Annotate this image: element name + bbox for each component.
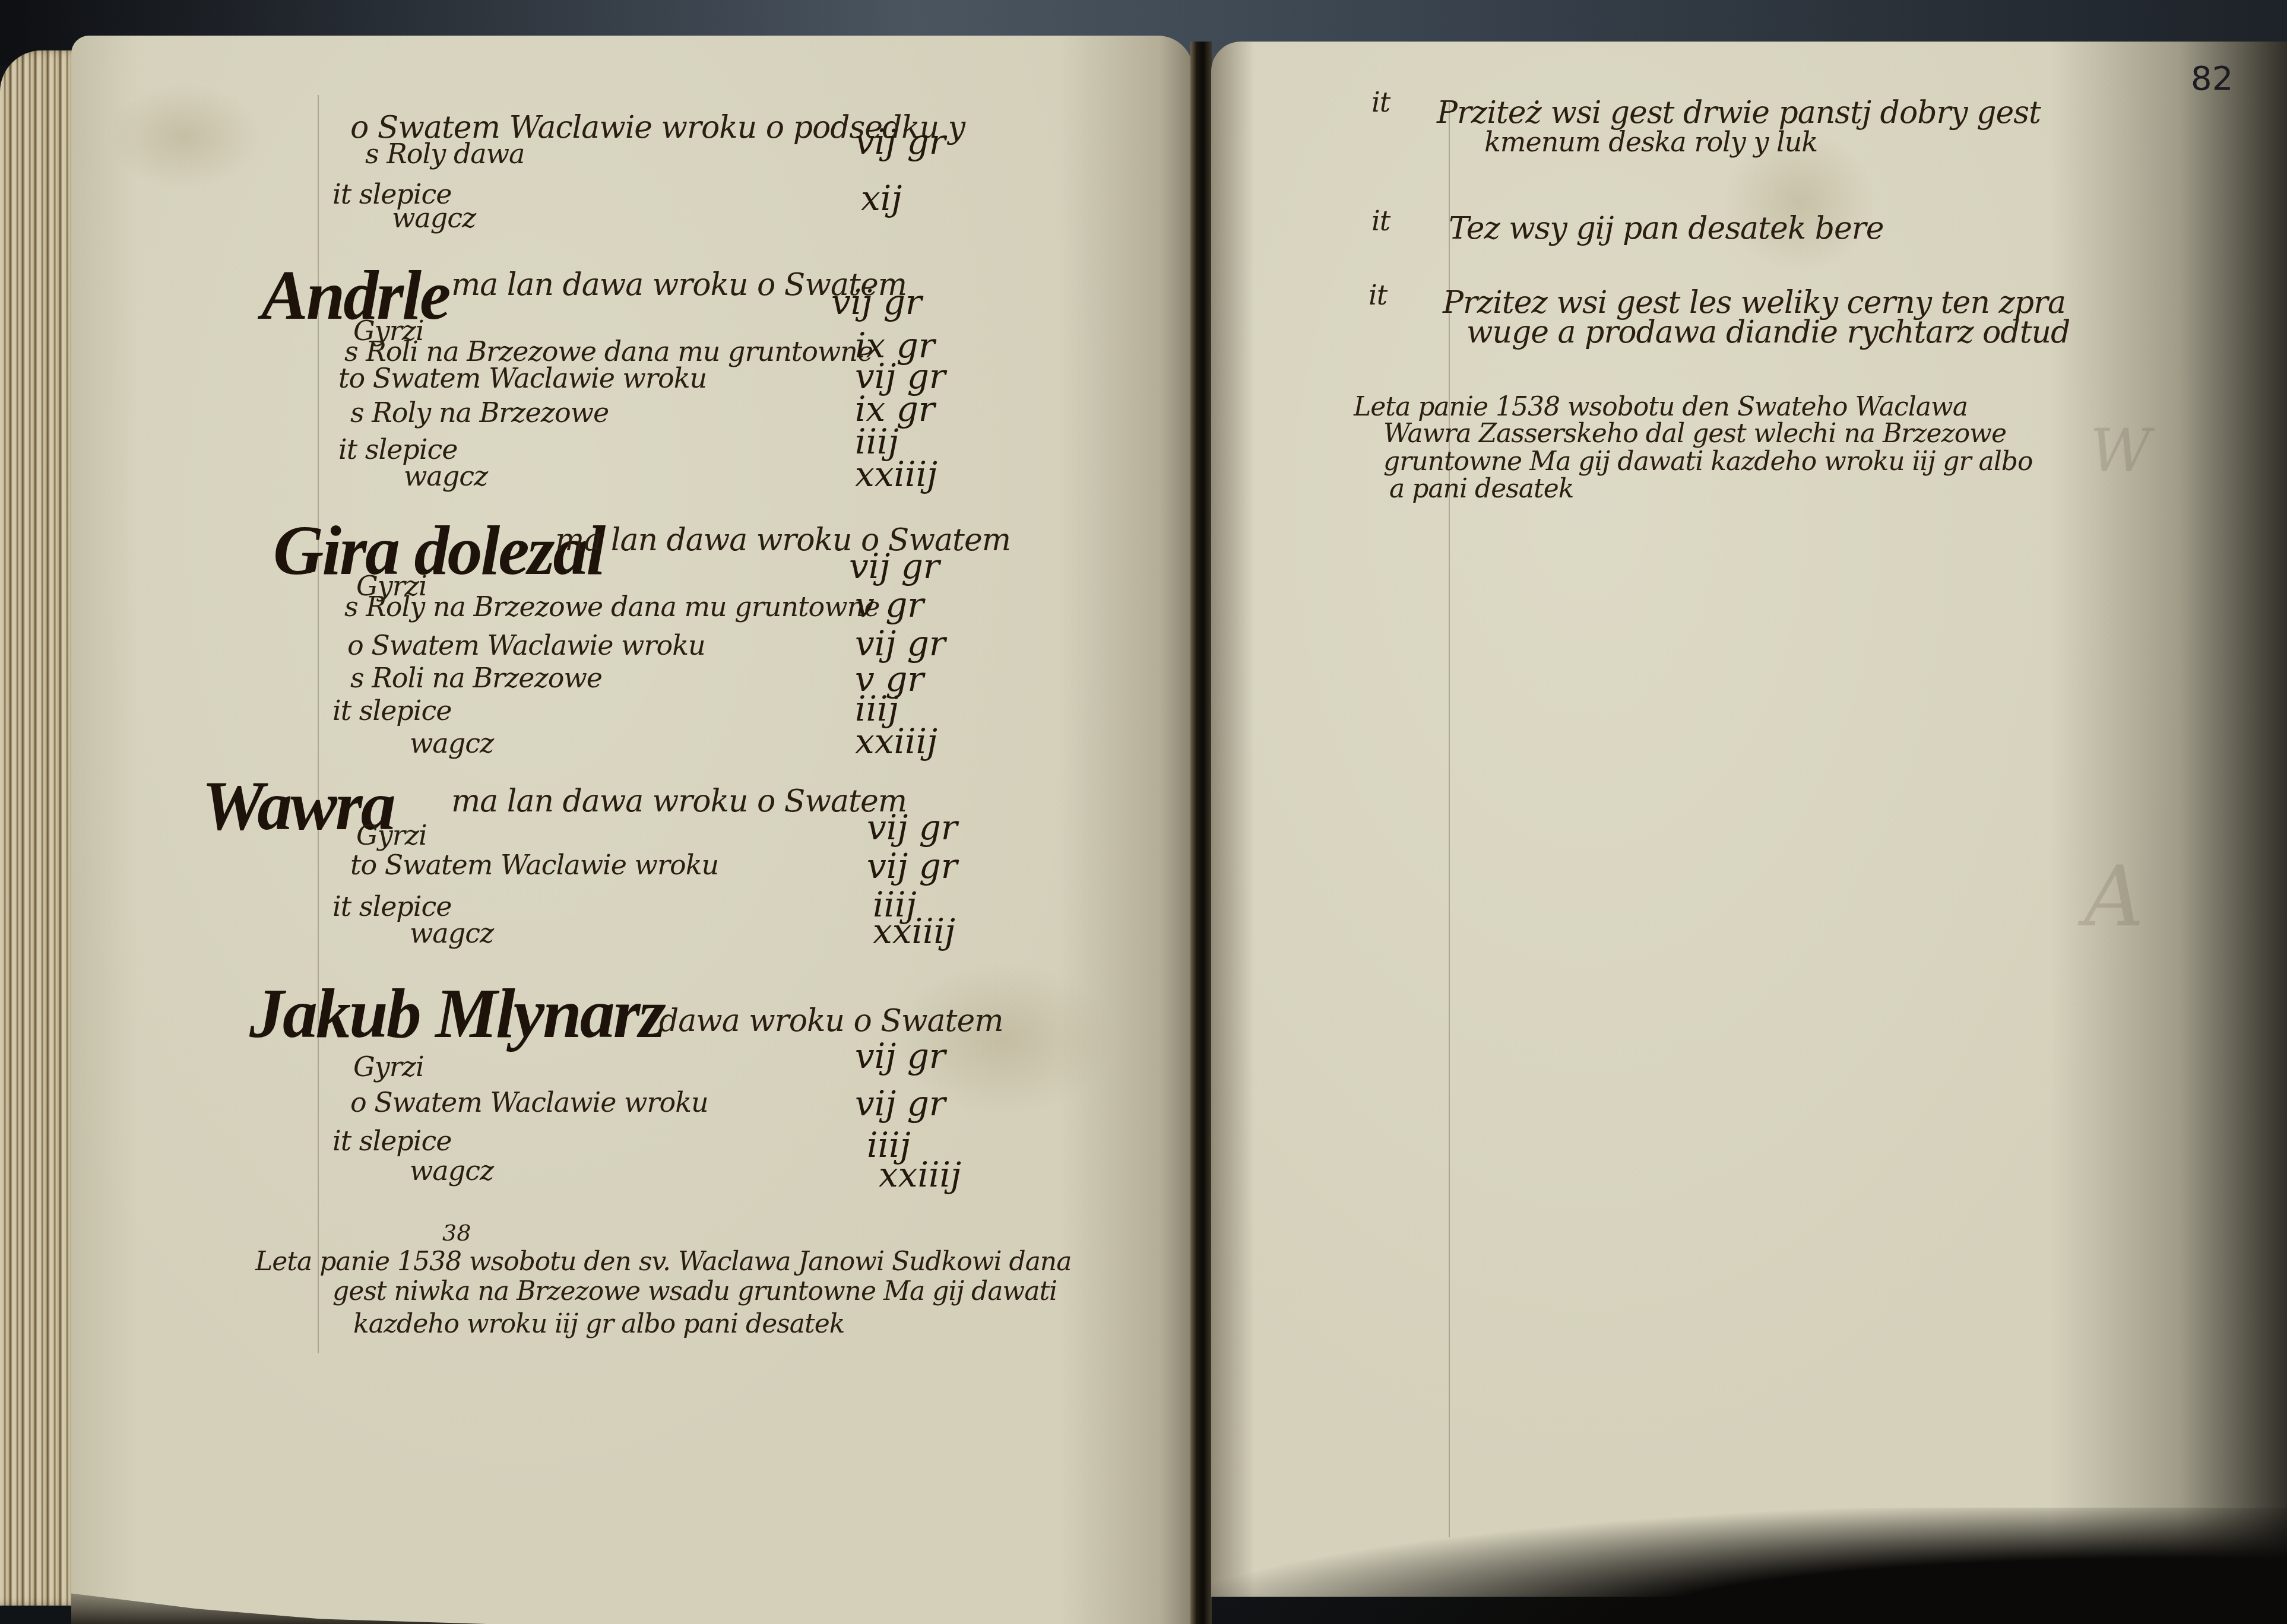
entry-heading-text: ma lan dawa wroku o Swatem [555,522,1011,558]
opening-amount-2: xij [861,178,902,218]
folio-number: 82 [2191,59,2233,98]
entry-item-label: wagcz [410,917,493,949]
entry-item-amount: v gr [855,585,924,625]
entry-item-label: to Swatem Waclawie wroku [338,362,707,394]
right-entry-1-line-1: Prziteż wsi gest drwie panstj dobry gest [1437,95,2041,131]
entry-heading-text: ma lan dawa wroku o Swatem [451,784,907,819]
entry-item-label: Gyrzi [353,1051,424,1083]
right-page [1211,42,2287,1597]
book-gutter [1190,42,1212,1624]
right-closing-line-4: a pani desatek [1389,474,1573,504]
entry-heading-amount: vij gr [867,807,958,848]
entry-item-amount: vij gr [867,846,958,886]
closing-note-line-1: Leta panie 1538 wsobotu den sv. Waclawa … [255,1246,1071,1277]
water-stain [107,83,261,190]
entry-item-amount: xxiiij [855,454,937,494]
entry-item-label: s Roly na Brzezowe [350,397,609,429]
entry-item-label: Gyrzi [356,819,427,851]
right-entry-1-line-2: kmenum deska roly y luk [1484,126,1817,158]
opening-line-2: s Roly dawa [365,138,525,170]
entry-marker: it [1371,205,1390,237]
open-book: o Swatem Waclawie wroku o podsedku y s R… [0,0,2287,1624]
entry-item-label: wagcz [410,1154,493,1187]
entry-item-amount: vij gr [855,1083,946,1124]
entry-name-jakub-mlynarz: Jakub Mlynarz [249,973,664,1054]
entry-item-amount: vij gr [855,623,946,664]
entry-marker: it [1369,279,1387,311]
right-closing-line-2: Wawra Zasserskeho dal gest wlechi na Brz… [1383,418,2006,449]
page-stack-fore-edge [0,50,83,1606]
entry-name-gira-dolezal: Gira dolezal [273,510,604,591]
opening-amount-1: vij gr [855,122,946,162]
entry-item-amount: xxiiij [879,1154,961,1195]
right-closing-line-3: gruntowne Ma gij dawati kazdeho wroku ii… [1383,446,2032,477]
closing-note-line-2: gest niwka na Brzezowe wsadu gruntowne M… [332,1276,1057,1306]
right-entry-3-line-2: wuge a prodawa diandie rychtarz odtud [1466,315,2070,350]
closing-note-line-3: kazdeho wroku iij gr albo pani desatek [353,1309,844,1339]
entry-item-label: wagcz [410,727,493,759]
entry-heading-text: dawa wroku o Swatem [659,1003,1003,1039]
entry-heading-amount: vij gr [855,1036,946,1076]
entry-item-label: o Swatem Waclawie wroku [347,629,705,661]
opening-line-4: wagcz [392,202,476,234]
entry-marker: it [1371,86,1390,118]
entry-item-amount: xxiiij [873,911,955,951]
show-through-ink: W [2090,415,2151,485]
entry-heading-amount: vij gr [831,282,922,322]
entry-item-label: wagcz [404,460,487,492]
entry-item-label: s Roli na Brzezowe [350,662,602,694]
entry-item-label: s Roly na Brzezowe dana mu gruntowne [344,591,879,623]
entry-item-label: to Swatem Waclawie wroku [350,849,718,881]
entry-item-label: o Swatem Waclawie wroku [350,1086,708,1118]
show-through-ink: A [2084,849,2144,946]
right-entry-2-line-1: Tez wsy gij pan desatek bere [1449,211,1883,246]
closing-note-superscript: 38 [442,1220,471,1246]
entry-item-label: it slepice [332,1125,452,1157]
entry-item-amount: xxiiij [855,721,937,762]
entry-item-label: it slepice [332,694,452,727]
right-closing-line-1: Leta panie 1538 wsobotu den Swateho Wacl… [1354,392,1968,422]
page-shadow [1211,1508,2287,1624]
entry-heading-amount: vij gr [849,546,940,586]
